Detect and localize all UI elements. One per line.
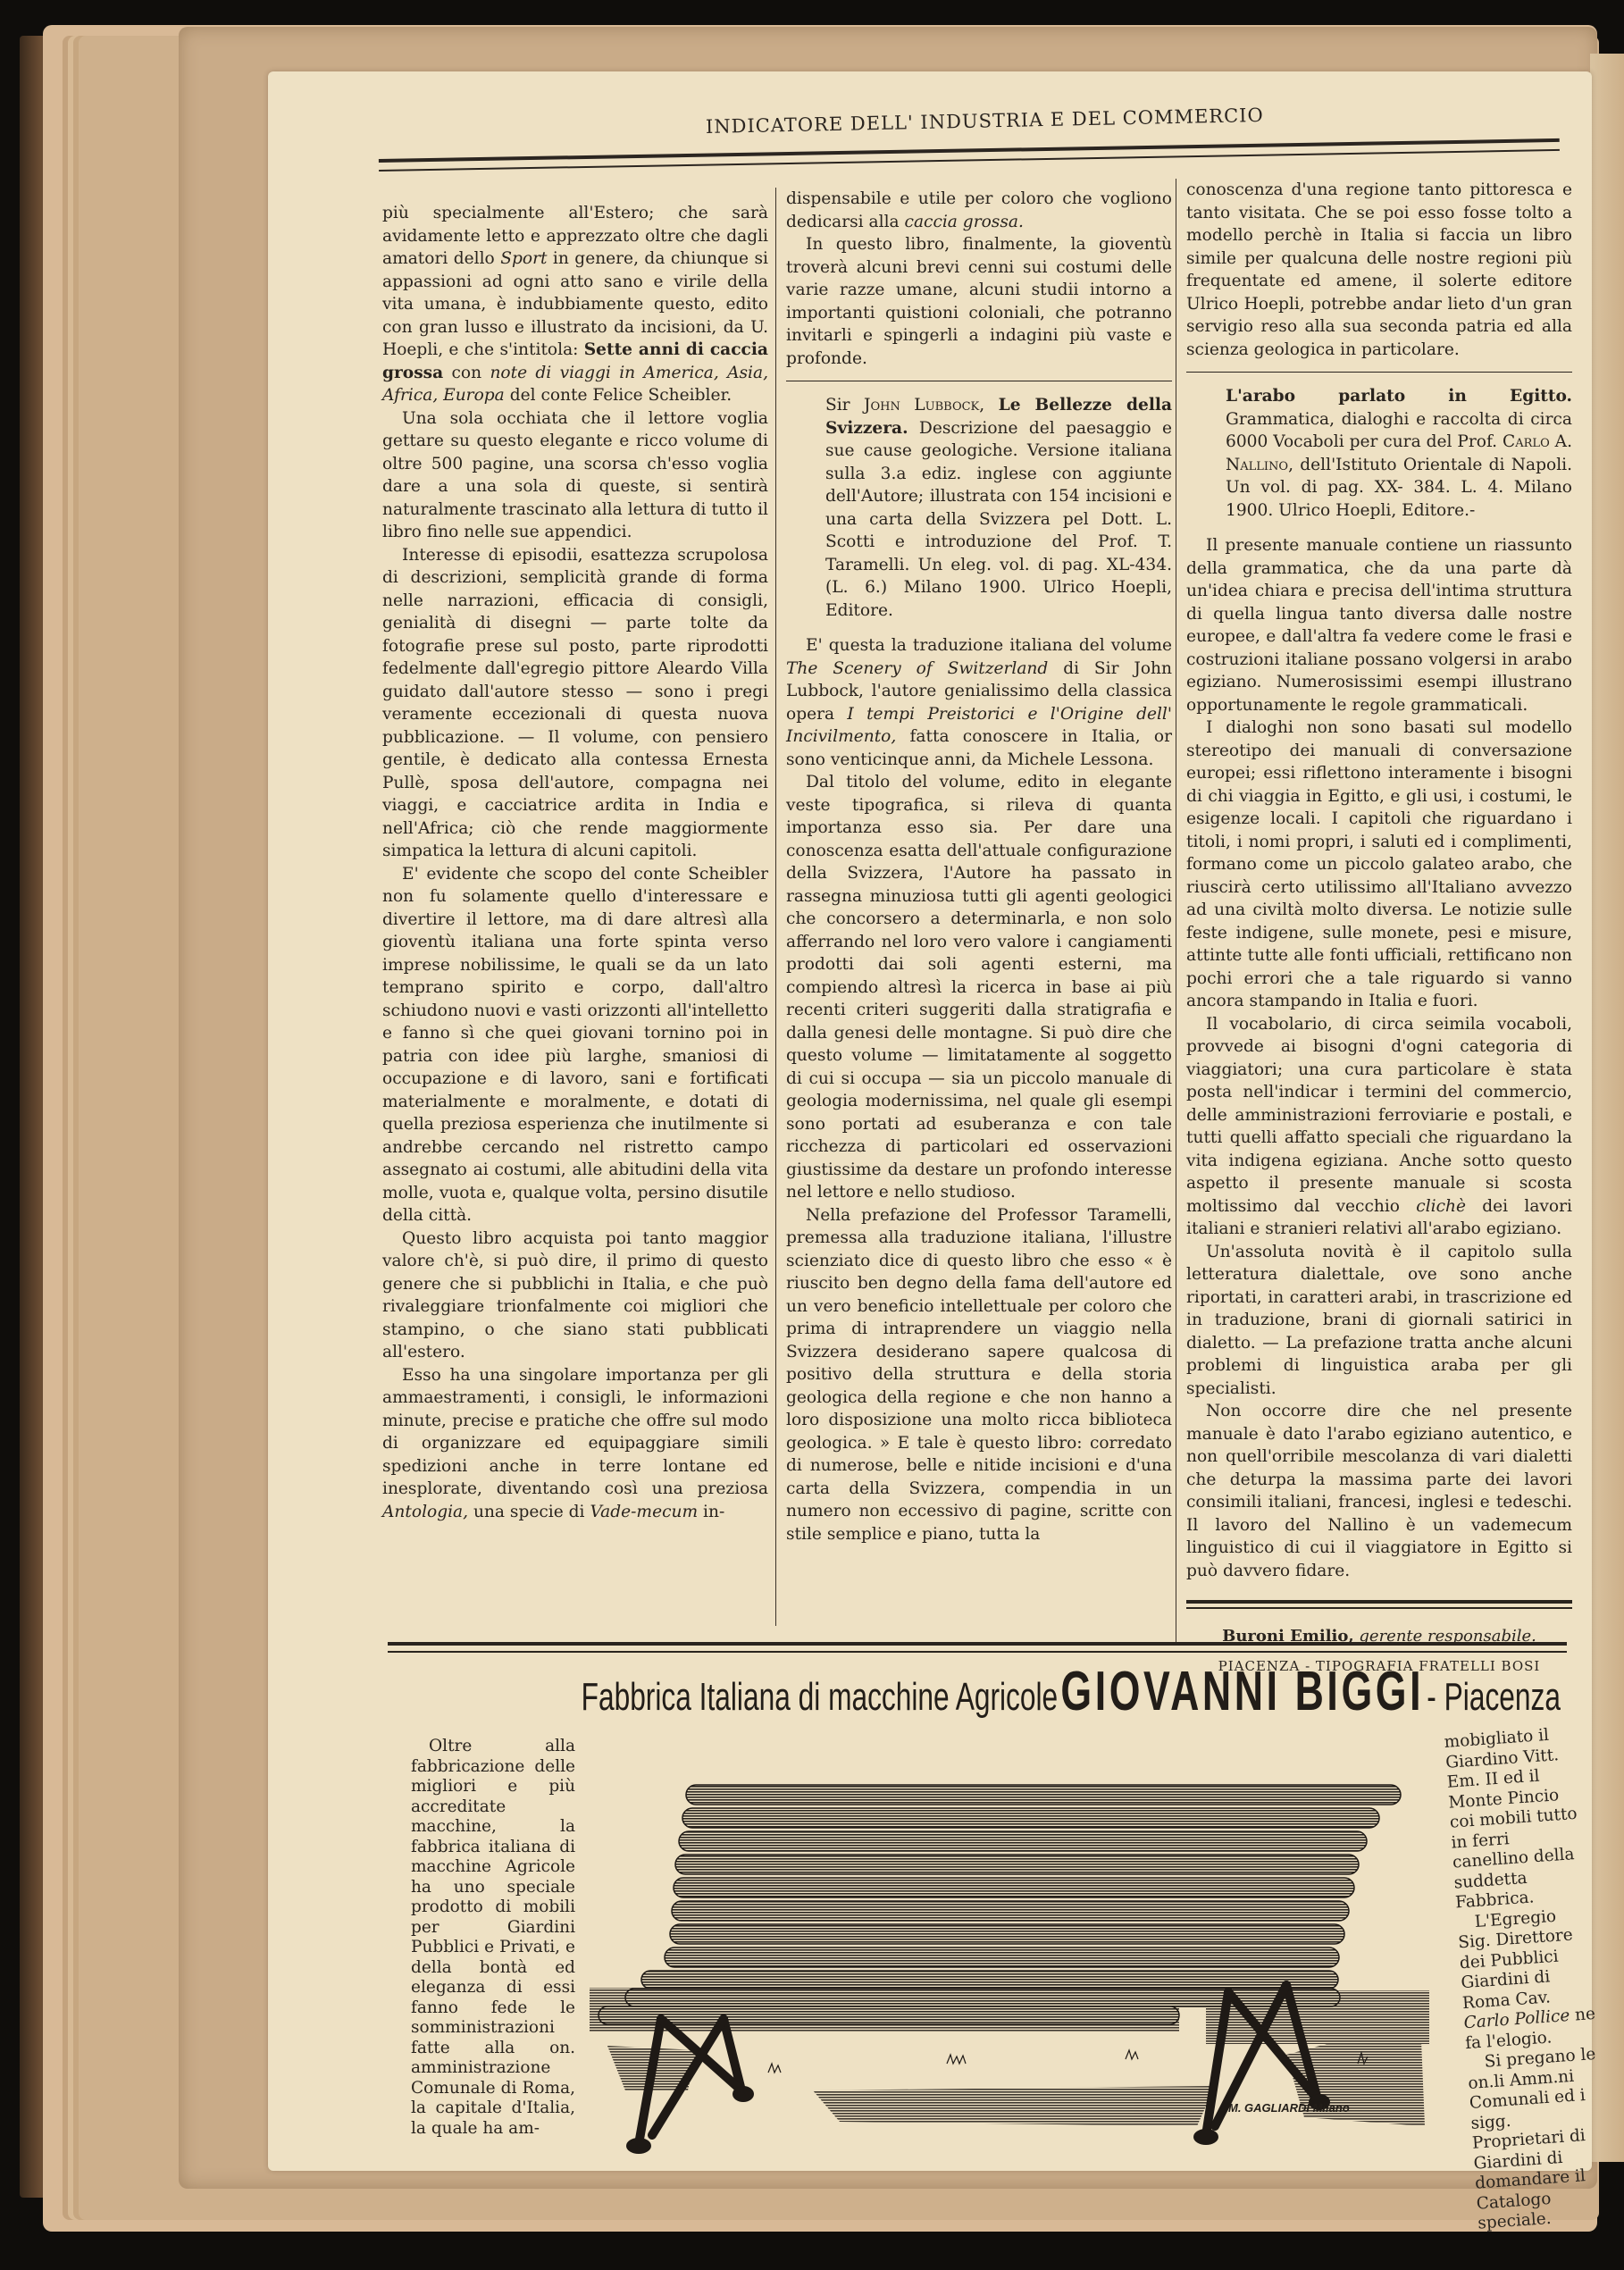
paragraph: Il presente manuale contiene un riassunt… xyxy=(1186,534,1572,716)
paragraph: più specialmente all'Estero; che sarà av… xyxy=(382,202,768,407)
paragraph: In questo libro, finalmente, la gioventù… xyxy=(786,233,1172,370)
paragraph: Questo libro acquista poi tanto maggior … xyxy=(382,1227,768,1364)
book-entry-nallino: L'arabo parlato in Egitto. Grammatica, d… xyxy=(1186,385,1572,522)
advertisement-left-text: Oltre alla fabbricazione delle migliori … xyxy=(411,1737,575,2139)
paragraph: Dal titolo del volume, edito in elegante… xyxy=(786,771,1172,1204)
paragraph: dispensabile e utile per coloro che vogl… xyxy=(786,188,1172,233)
paragraph: E' questa la traduzione italiana del vol… xyxy=(786,634,1172,771)
advertisement-rule xyxy=(388,1642,1567,1653)
column-divider xyxy=(775,188,776,1626)
column-3: conoscenza d'una regione tanto pittoresc… xyxy=(1186,179,1572,1678)
paragraph: Nella prefazione del Professor Taramelli… xyxy=(786,1204,1172,1546)
column-1: più specialmente all'Estero; che sarà av… xyxy=(382,202,768,1523)
section-rule xyxy=(786,381,1172,381)
paragraph: I dialoghi non sono basati sul modello s… xyxy=(1186,716,1572,1013)
paragraph: Non occorre dire che nel presente manual… xyxy=(1186,1400,1572,1582)
paragraph: E' evidente che scopo del conte Scheible… xyxy=(382,863,768,1227)
paragraph: conoscenza d'una regione tanto pittoresc… xyxy=(1186,179,1572,361)
paragraph: Una sola occhiata che il lettore voglia … xyxy=(382,407,768,544)
column-2: dispensabile e utile per coloro che vogl… xyxy=(786,188,1172,1545)
engraver-credit: M. GAGLIARDI Milano xyxy=(1228,2101,1350,2115)
company-name: GIOVANNI BIGGI xyxy=(1060,1661,1424,1722)
footer-rule xyxy=(1186,1600,1572,1609)
paragraph: Esso ha una singolare importanza per gli… xyxy=(382,1364,768,1524)
column-divider xyxy=(1176,179,1176,1644)
facing-page-edge xyxy=(1590,54,1624,2162)
section-rule xyxy=(1186,372,1572,373)
advertisement-title: Fabbrica Italiana di macchine Agricole G… xyxy=(582,1660,1411,1723)
book-entry-lubbock: Sir John Lubbock, Le Bellezze della Sviz… xyxy=(786,394,1172,622)
paragraph: Il vocabolario, di circa seimila vocabol… xyxy=(1186,1013,1572,1241)
paragraph: Interesse di episodii, esattezza scrupol… xyxy=(382,544,768,863)
garden-bench-icon xyxy=(590,1751,1429,2162)
paragraph: Un'assoluta novità è il capitolo sulla l… xyxy=(1186,1241,1572,1401)
